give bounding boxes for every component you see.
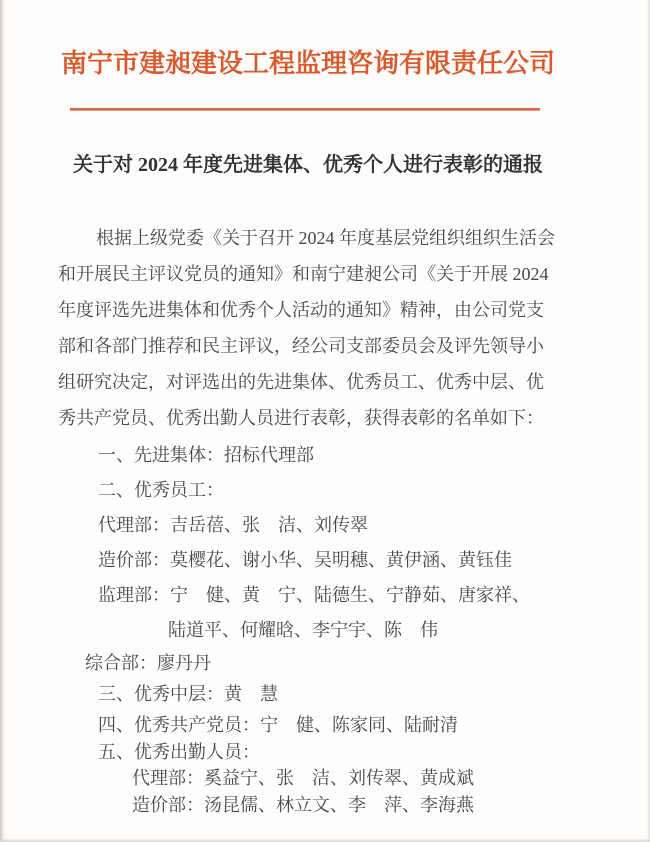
paragraph-line: 年度评选先进集体和优秀个人活动的通知》精神，由公司党支 — [58, 292, 558, 328]
award-line-excellent-middle: 三、优秀中层：黄 慧 — [58, 678, 558, 710]
document-content: 南宁市建昶建设工程监理咨询有限责任公司 关于对 2024 年度先进集体、优秀个人… — [58, 0, 558, 819]
document-page: 南宁市建昶建设工程监理咨询有限责任公司 关于对 2024 年度先进集体、优秀个人… — [0, 0, 650, 842]
paragraph-line: 秀共产党员、优秀出勤人员进行表彰，获得表彰的名单如下： — [58, 400, 558, 436]
award-line-excellent-party: 四、优秀共产党员：宁 健、陈家同、陆耐清 — [58, 710, 558, 740]
paragraph-line: 和开展民主评议党员的通知》和南宁建昶公司《关于开展 2024 — [58, 256, 558, 292]
scan-shadow-left — [0, 0, 6, 842]
award-line-supervision-dept: 监理部：宁 健、黄 宁、陆德生、宁静茹、唐家祥、 — [58, 578, 558, 613]
award-line-attendance-agency: 代理部：奚益宁、张 洁、刘传翠、黄成斌 — [58, 765, 558, 792]
paragraph-line: 根据上级党委《关于召开 2024 年度基层党组织组织生活会 — [58, 220, 558, 256]
award-line-attendance-cost: 造价部：汤昆儒、林立文、李 萍、李海燕 — [58, 792, 558, 819]
scan-shadow-bottom — [0, 838, 650, 842]
award-line-general-dept: 综合部：廖丹丹 — [58, 648, 558, 678]
award-line-excellent-staff-head: 二、优秀员工： — [58, 473, 558, 508]
paragraph-line: 部和各部门推荐和民主评议，经公司支部委员会及评先领导小 — [58, 328, 558, 364]
award-line-cost-dept: 造价部：莫樱花、谢小华、吴明穗、黄伊涵、黄钰佳 — [58, 543, 558, 578]
award-line-agency-dept: 代理部：吉岳蓓、张 洁、刘传翠 — [58, 508, 558, 543]
paragraph-line: 组研究决定，对评选出的先进集体、优秀员工、优秀中层、优 — [58, 364, 558, 400]
award-line-supervision-dept-cont: 陆道平、何耀晗、李宁宇、陈 伟 — [58, 613, 558, 648]
body-paragraph: 根据上级党委《关于召开 2024 年度基层党组织组织生活会 和开展民主评议党员的… — [58, 220, 558, 436]
award-line-advanced-collective: 一、先进集体：招标代理部 — [58, 438, 558, 473]
awards-list: 一、先进集体：招标代理部 二、优秀员工： 代理部：吉岳蓓、张 洁、刘传翠 造价部… — [58, 438, 558, 819]
red-divider-rule — [70, 108, 540, 111]
award-line-attendance-head: 五、优秀出勤人员： — [58, 740, 558, 765]
company-name-header: 南宁市建昶建设工程监理咨询有限责任公司 — [58, 44, 558, 84]
document-title: 关于对 2024 年度先进集体、优秀个人进行表彰的通报 — [58, 149, 558, 181]
